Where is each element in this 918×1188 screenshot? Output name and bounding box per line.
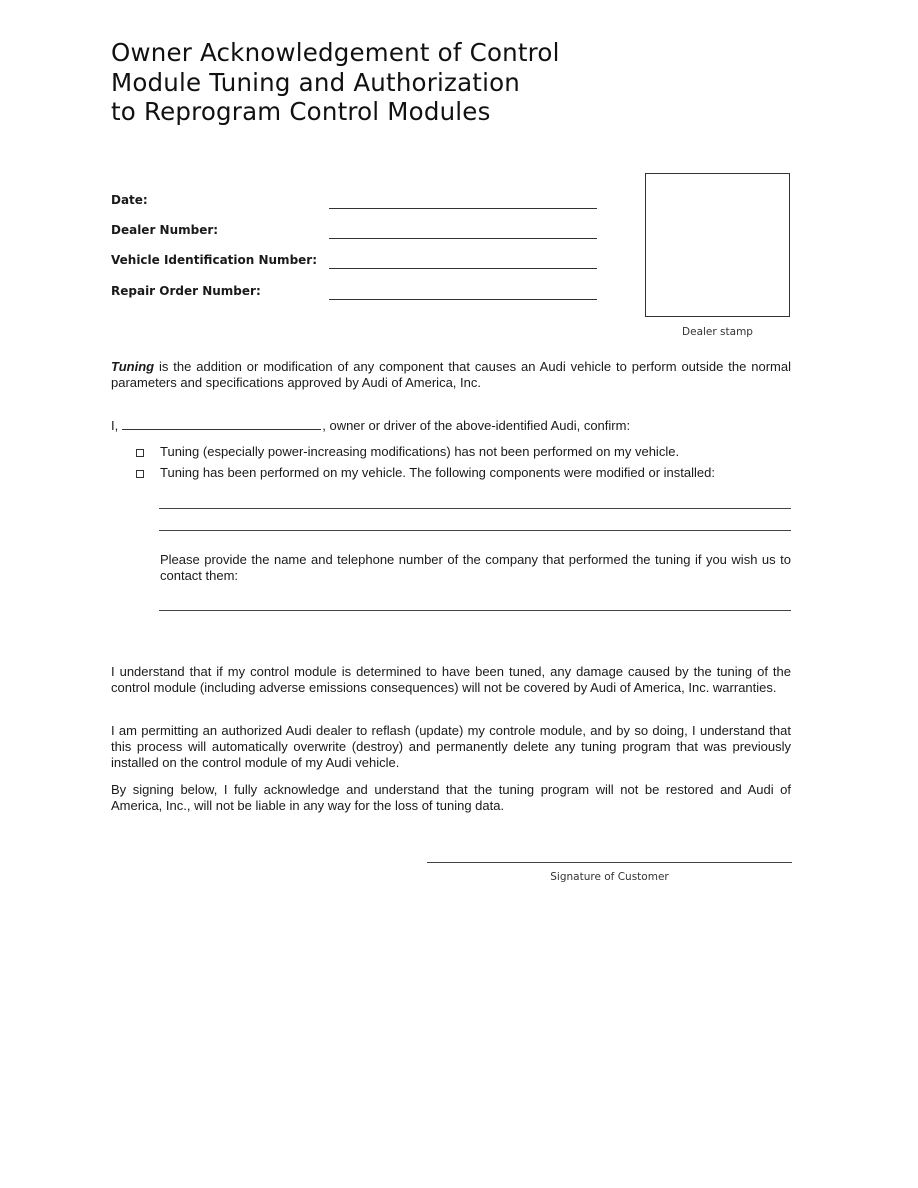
vin-label: Vehicle Identification Number: — [111, 253, 317, 267]
dealer-stamp-box — [645, 173, 790, 317]
dealer-stamp-caption: Dealer stamp — [645, 326, 790, 338]
option-not-tuned-checkbox[interactable] — [136, 449, 144, 457]
owner-statement: I,, owner or driver of the above-identif… — [111, 418, 630, 433]
dealer-number-label: Dealer Number: — [111, 223, 218, 237]
modified-components-line-1[interactable] — [159, 508, 791, 509]
reflash-paragraph: I am permitting an authorized Audi deale… — [111, 723, 791, 771]
repair-order-number-field[interactable] — [329, 299, 597, 300]
option-tuned-label: Tuning has been performed on my vehicle.… — [160, 465, 715, 480]
tuning-definition: Tuning is the addition or modification o… — [111, 359, 791, 391]
option-not-tuned-label: Tuning (especially power-increasing modi… — [160, 444, 679, 459]
title-line-1: Owner Acknowledgement of Control — [111, 38, 731, 68]
acknowledgement-paragraph: By signing below, I fully acknowledge an… — [111, 782, 791, 814]
date-label: Date: — [111, 193, 148, 207]
tuning-term: Tuning — [111, 359, 154, 374]
owner-prefix: I, — [111, 418, 118, 433]
customer-signature-field[interactable] — [427, 862, 792, 863]
company-contact-prompt: Please provide the name and telephone nu… — [160, 552, 791, 584]
tuning-definition-text: is the addition or modification of any c… — [111, 359, 791, 390]
owner-name-field[interactable] — [122, 419, 321, 430]
warranty-paragraph: I understand that if my control module i… — [111, 664, 791, 696]
date-field[interactable] — [329, 208, 597, 209]
title-line-2: Module Tuning and Authorization — [111, 68, 731, 98]
owner-suffix: , owner or driver of the above-identifie… — [322, 418, 630, 433]
company-contact-line[interactable] — [159, 610, 791, 611]
vin-field[interactable] — [329, 268, 597, 269]
modified-components-line-2[interactable] — [159, 530, 791, 531]
dealer-number-field[interactable] — [329, 238, 597, 239]
signature-caption: Signature of Customer — [427, 871, 792, 883]
page-title: Owner Acknowledgement of Control Module … — [111, 38, 731, 127]
option-tuned-checkbox[interactable] — [136, 470, 144, 478]
repair-order-number-label: Repair Order Number: — [111, 284, 261, 298]
title-line-3: to Reprogram Control Modules — [111, 97, 731, 127]
